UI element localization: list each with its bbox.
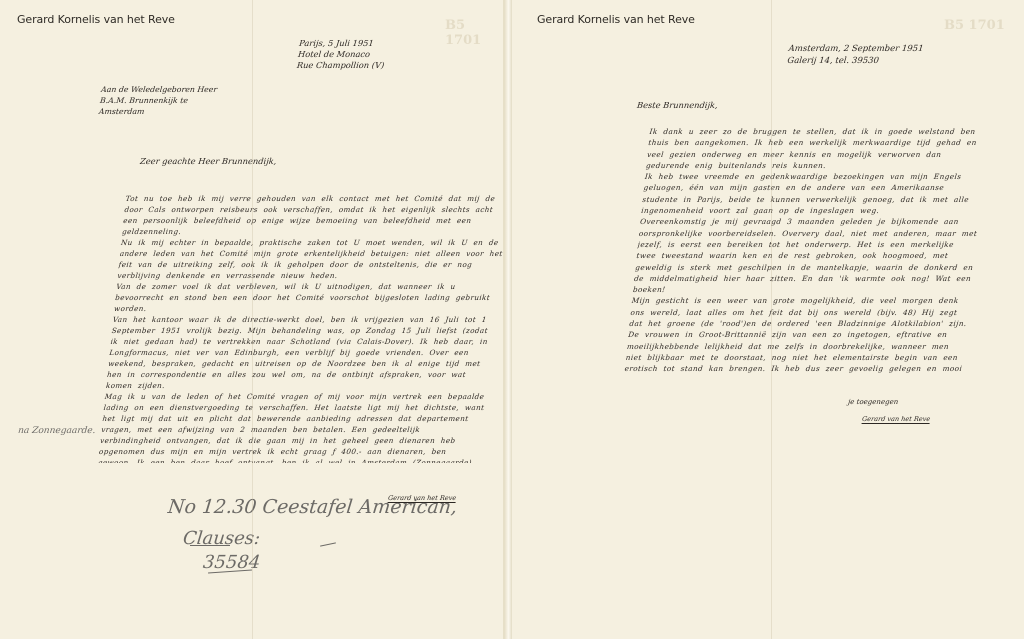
pencil-note-line-2: Clauses: [182, 528, 261, 550]
letterhead: Gerard Kornelis van het Reve [17, 13, 175, 26]
pencil-note-line-1: No 12.30 Ceestafel American, [167, 496, 458, 518]
paper-fold [252, 0, 253, 639]
place-date: Parijs, 5 Juli 1951 Hotel de Monaco Rue … [296, 38, 387, 71]
letter-page-2: Gerard Kornelis van het Reve B5 1701 Ams… [512, 0, 1024, 639]
salutation: Zeer geachte Heer Brunnendijk, [139, 155, 277, 168]
addressee: Aan de Weledelgeboren Heer B.A.M. Brunne… [98, 84, 217, 117]
archive-stamp: B5 1701 [445, 18, 505, 48]
signature: Gerard van het Reve [862, 415, 931, 424]
letter-body: Ik dank u zeer zo de bruggen te stellen,… [624, 126, 990, 376]
letterhead: Gerard Kornelis van het Reve [537, 13, 695, 26]
place-date: Amsterdam, 2 September 1951 Galerij 14, … [787, 43, 924, 67]
archive-stamp: B5 1701 [944, 18, 1005, 33]
margin-note: na Zonnegaarde. [17, 425, 96, 438]
closing: je toegenegen [847, 396, 899, 409]
pencil-stroke [320, 542, 336, 546]
page-gutter [505, 0, 512, 639]
paper-fold [771, 0, 772, 639]
pencil-underline [190, 545, 230, 546]
letter-page-1: Gerard Kornelis van het Reve B5 1701 Par… [0, 0, 505, 639]
letter-body: Tot nu toe heb ik mij verre gehouden van… [98, 193, 511, 463]
salutation: Beste Brunnendijk, [636, 99, 718, 112]
